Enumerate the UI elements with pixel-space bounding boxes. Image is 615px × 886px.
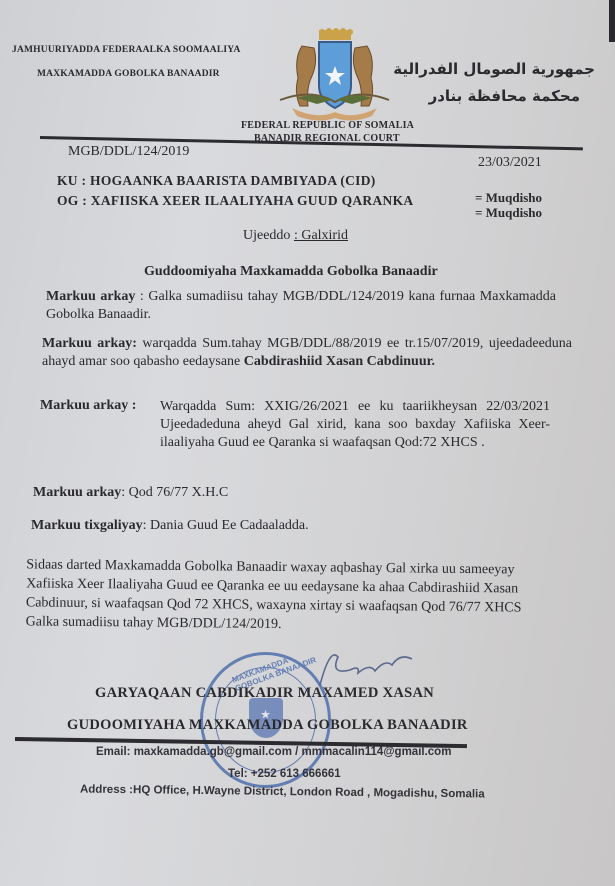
recital-text: : Dania Guud Ee Cadaaladda.	[143, 518, 309, 533]
header-court-arabic: محكمة محافظة بنادر	[420, 87, 580, 105]
addressee-cc-city: = Muqdisho	[475, 205, 542, 221]
subject-line: Ujeeddo : Galxirid	[243, 228, 348, 244]
addressee-cc-name: XAFIISKA XEER ILAALIYAHA GUUD QARANKA	[91, 193, 414, 208]
recital-paragraph-1: Markuu arkay : Galka sumadiisu tahay MGB…	[46, 288, 556, 324]
court-letter-page: JAMHUURIYADDA FEDERAALKA SOOMAALIYA MAXK…	[0, 0, 615, 886]
subject-label: Ujeeddo	[243, 228, 290, 243]
recital-label: Markuu arkay	[33, 485, 121, 500]
salutation: Guddoomiyaha Maxkamadda Gobolka Banaadir	[144, 264, 438, 280]
addressee-to-name: HOGAANKA BAARISTA DAMBIYADA (CID)	[90, 173, 376, 188]
crest-caption-republic: FEDERAL REPUBLIC OF SOMALIA	[241, 120, 414, 131]
somalia-coat-of-arms-icon	[272, 28, 397, 123]
signatory-title: GUDOOMIYAHA MAXKAMADDA GOBOLKA BANAADIR	[67, 717, 468, 734]
addressee-cc: OG : XAFIISKA XEER ILAALIYAHA GUUD QARAN…	[57, 193, 413, 209]
photo-edge-shadow	[609, 0, 615, 42]
conclusion-paragraph: Sidaas darted Maxkamadda Gobolka Banaadi…	[26, 555, 532, 636]
recital-paragraph-2: Markuu arkay: warqadda Sum.tahay MGB/DDL…	[42, 335, 572, 371]
addressee-to-prefix: KU :	[57, 173, 86, 188]
recital-label: Markuu tixgaliyay	[31, 518, 143, 533]
recital-paragraph-5: Markuu tixgaliyay: Dania Guud Ee Cadaala…	[31, 518, 309, 534]
subject-value: : Galxirid	[294, 228, 348, 243]
footer-address: Address :HQ Office, H.Wayne District, Lo…	[80, 784, 485, 801]
recital-label: Markuu arkay:	[42, 336, 137, 351]
header-court-somali: MAXKAMADDA GOBOLKA BANAADIR	[37, 69, 220, 79]
header-republic-arabic: جمهورية الصومال الفدرالية	[405, 60, 595, 78]
recital-paragraph-3: Warqadda Sum: XXIG/26/2021 ee ku taariik…	[160, 398, 550, 452]
footer-phone: Tel: +252 613 666661	[228, 768, 341, 780]
reference-number: MGB/DDL/124/2019	[68, 144, 189, 160]
recital-label-3: Markuu arkay :	[40, 398, 136, 414]
addressee-cc-prefix: OG :	[57, 193, 87, 208]
footer-email: Email: maxkamadda.gb@gmail.com / mmmacal…	[96, 746, 451, 758]
addressee-to: KU : HOGAANKA BAARISTA DAMBIYADA (CID)	[57, 173, 376, 189]
signatory-name: GARYAQAAN CABDIKADIR MAXAMED XASAN	[95, 685, 434, 702]
accused-name: Cabdirashiid Xasan Cabdinuur.	[244, 354, 435, 369]
recital-paragraph-4: Markuu arkay: Qod 76/77 X.H.C	[33, 485, 228, 501]
recital-label: Markuu arkay	[46, 289, 135, 304]
letter-date: 23/03/2021	[478, 155, 542, 171]
header-republic-somali: JAMHUURIYADDA FEDERAALKA SOOMAALIYA	[12, 45, 241, 55]
addressee-to-city: = Muqdisho	[475, 190, 542, 206]
recital-text: : Qod 76/77 X.H.C	[121, 485, 228, 500]
